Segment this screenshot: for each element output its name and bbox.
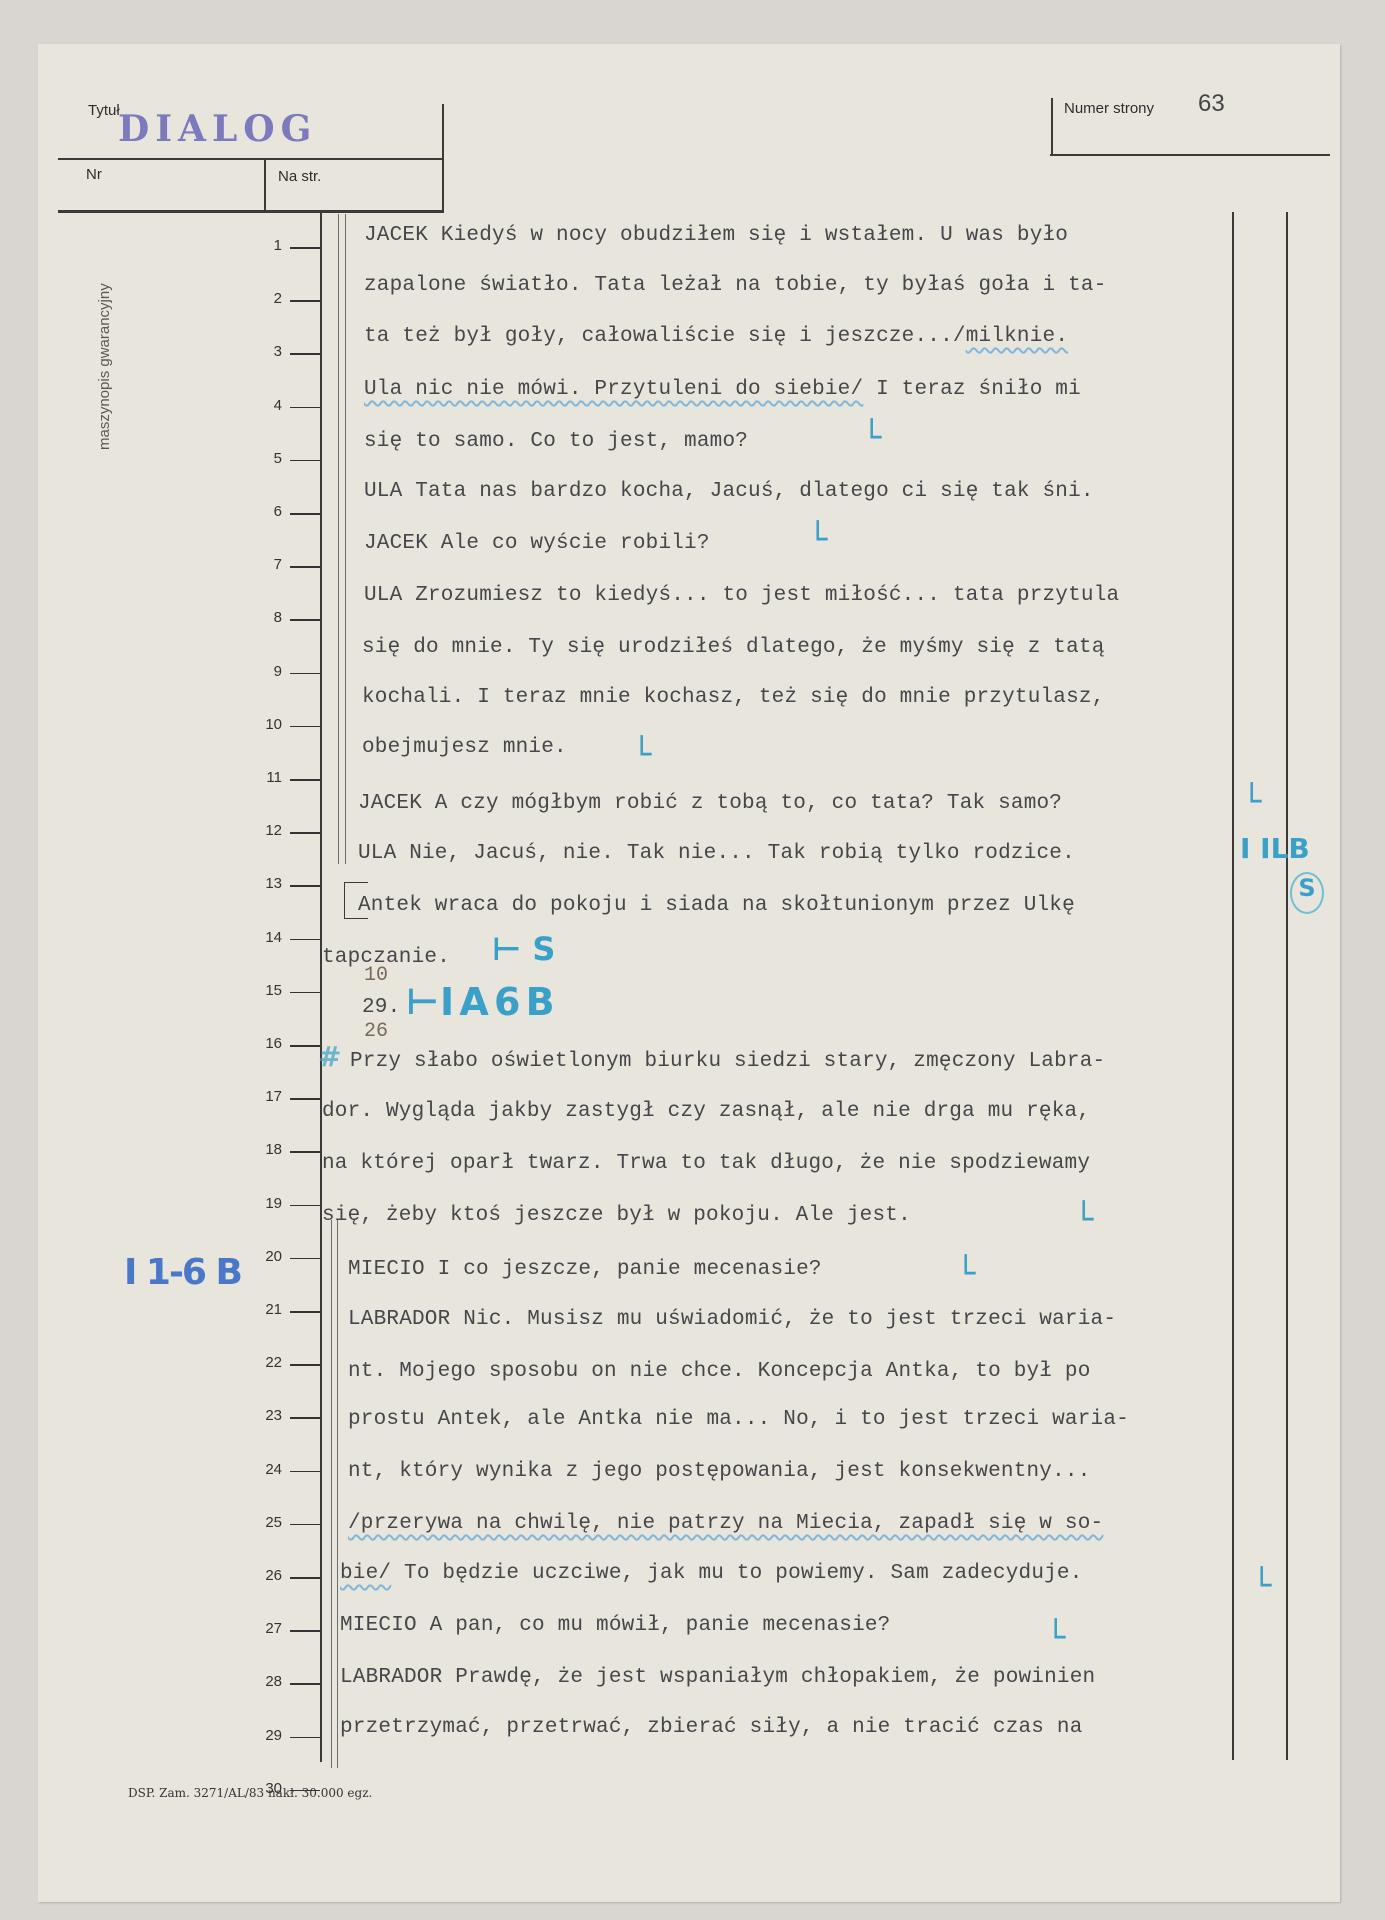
header-vrule-mid bbox=[264, 158, 266, 210]
line-number: 5 bbox=[242, 450, 282, 467]
typed-line: /przerywa na chwilę, nie patrzy na Mieci… bbox=[348, 1512, 1103, 1535]
ruler-tick bbox=[290, 353, 320, 355]
typed-line: MIECIO I co jeszcze, panie mecenasie? bbox=[348, 1258, 822, 1281]
ruler-tick bbox=[290, 1577, 320, 1579]
header-rule-left bbox=[58, 158, 444, 160]
ruler-tick bbox=[290, 1205, 320, 1207]
typed-line: na której oparł twarz. Trwa to tak długo… bbox=[322, 1152, 1090, 1175]
typed-line: MIECIO A pan, co mu mówił, panie mecenas… bbox=[340, 1614, 891, 1637]
typed-line: JACEK Ale co wyście robili? bbox=[364, 532, 710, 555]
line-number: 18 bbox=[242, 1141, 282, 1158]
side-label: maszynopis gwarancyjny bbox=[96, 283, 113, 450]
ruler-tick bbox=[290, 1098, 320, 1100]
ruler-tick bbox=[290, 1045, 320, 1047]
typed-line: bie/ To będzie uczciwe, jak mu to powiem… bbox=[340, 1562, 1083, 1585]
line-number: 16 bbox=[242, 1035, 282, 1052]
typed-line: obejmujesz mnie. bbox=[362, 736, 567, 759]
line-number: 27 bbox=[242, 1620, 282, 1637]
line-number: 22 bbox=[242, 1354, 282, 1371]
typed-line: ULA Zrozumiesz to kiedyś... to jest miło… bbox=[364, 584, 1119, 607]
ruler-tick bbox=[290, 673, 320, 675]
line-number: 8 bbox=[242, 609, 282, 626]
line-number: 29 bbox=[242, 1727, 282, 1744]
line-number: 2 bbox=[242, 290, 282, 307]
typed-line: się, żeby ktoś jeszcze był w pokoju. Ale… bbox=[322, 1204, 911, 1227]
right-margin-rule-b bbox=[1286, 212, 1288, 1760]
right-margin-rule-a bbox=[1232, 212, 1234, 1760]
line-number: 13 bbox=[242, 875, 282, 892]
line-number: 24 bbox=[242, 1461, 282, 1478]
line-number: 17 bbox=[242, 1088, 282, 1105]
title-label: Tytuł bbox=[88, 102, 120, 119]
ruler-tick bbox=[290, 247, 320, 249]
typed-line: nt, który wynika z jego postępowania, je… bbox=[348, 1460, 1091, 1483]
ruler-tick bbox=[290, 460, 320, 462]
line-number: 14 bbox=[242, 929, 282, 946]
bracket-antek-top bbox=[344, 882, 368, 883]
typed-line: Ula nic nie mówi. Przytuleni do siebie/ … bbox=[364, 378, 1081, 401]
page-number-label: Numer strony bbox=[1064, 100, 1154, 117]
typed-line: 29. bbox=[362, 996, 400, 1019]
check-mark-8: └ bbox=[1046, 1618, 1065, 1656]
ruler-tick bbox=[290, 726, 320, 728]
nr-label: Nr bbox=[86, 166, 102, 183]
line-number: 1 bbox=[242, 237, 282, 254]
title-stamp: DIALOG bbox=[118, 108, 317, 150]
typed-line: prostu Antek, ale Antka nie ma... No, i … bbox=[348, 1408, 1129, 1431]
typed-line: ULA Tata nas bardzo kocha, Jacuś, dlateg… bbox=[364, 480, 1094, 503]
circled-s: S bbox=[1290, 872, 1324, 914]
bracket-antek-v bbox=[344, 882, 345, 918]
ruler-tick bbox=[290, 1311, 320, 1313]
line-number: 7 bbox=[242, 556, 282, 573]
typed-line: LABRADOR Prawdę, że jest wspaniałym chło… bbox=[340, 1666, 1095, 1689]
ruler-tick bbox=[290, 1151, 320, 1153]
left-double-rule-d bbox=[337, 1220, 338, 1768]
ruler-tick bbox=[290, 1364, 320, 1366]
check-mark-5: └ bbox=[1074, 1200, 1093, 1238]
ruler-tick bbox=[290, 1737, 320, 1739]
typed-line: Przy słabo oświetlonym biurku siedzi sta… bbox=[350, 1050, 1105, 1073]
typed-line: LABRADOR Nic. Musisz mu uświadomić, że t… bbox=[348, 1308, 1116, 1331]
page-number-box-bottom bbox=[1050, 154, 1330, 156]
typed-line: dor. Wygląda jakby zastygł czy zasnął, a… bbox=[322, 1100, 1090, 1123]
na-str-label: Na str. bbox=[278, 168, 321, 185]
header-vrule-right bbox=[442, 104, 444, 210]
header-bottom-rule bbox=[58, 210, 444, 213]
ruler-tick bbox=[290, 619, 320, 621]
page-number-box-left bbox=[1051, 98, 1053, 154]
typed-line: ULA Nie, Jacuś, nie. Tak nie... Tak robi… bbox=[358, 842, 1075, 865]
line-number: 6 bbox=[242, 503, 282, 520]
ruler-tick bbox=[290, 1417, 320, 1419]
line-number: 10 bbox=[242, 716, 282, 733]
typed-line: ta też był goły, całowaliście się i jesz… bbox=[364, 325, 1068, 348]
check-mark-3: └ bbox=[632, 735, 651, 773]
scene-mark-prefix: ⊢ bbox=[406, 982, 439, 1023]
line-number: 20 bbox=[242, 1248, 282, 1265]
check-mark-4: └ bbox=[1242, 782, 1261, 820]
check-mark-1: └ bbox=[862, 418, 881, 456]
line-number: 4 bbox=[242, 397, 282, 414]
typed-line: Antek wraca do pokoju i siada na skołtun… bbox=[358, 894, 1075, 917]
check-mark-6: └ bbox=[956, 1254, 975, 1292]
scene-number-top: 10 bbox=[364, 964, 388, 987]
typed-line: przetrzymać, przetrwać, zbierać siły, a … bbox=[340, 1716, 1083, 1739]
line-number: 3 bbox=[242, 343, 282, 360]
ruler-tick bbox=[290, 779, 320, 781]
ruler-tick bbox=[290, 566, 320, 568]
ruler-tick bbox=[290, 1471, 320, 1473]
hash-mark: # bbox=[318, 1040, 341, 1073]
scene-number-bottom: 26 bbox=[364, 1020, 388, 1043]
typed-line: się to samo. Co to jest, mamo? bbox=[364, 430, 748, 453]
left-double-rule-c bbox=[331, 1220, 332, 1768]
typed-line: zapalone światło. Tata leżał na tobie, t… bbox=[364, 274, 1107, 297]
ruler-tick bbox=[290, 1683, 320, 1685]
s-mark: ⊢ S bbox=[492, 930, 555, 968]
line-number: 9 bbox=[242, 663, 282, 680]
line-number: 25 bbox=[242, 1514, 282, 1531]
line-number: 12 bbox=[242, 822, 282, 839]
ruler-tick bbox=[290, 1258, 320, 1260]
ruler-tick bbox=[290, 513, 320, 515]
ruler-tick bbox=[290, 407, 320, 409]
bracket-antek-bottom bbox=[344, 918, 368, 919]
typed-line: JACEK A czy mógłbym robić z tobą to, co … bbox=[358, 792, 1062, 815]
right-code: I ILB bbox=[1240, 832, 1310, 865]
line-number: 15 bbox=[242, 982, 282, 999]
typed-line: się do mnie. Ty się urodziłeś dlatego, ż… bbox=[362, 636, 1105, 659]
line-number: 28 bbox=[242, 1673, 282, 1690]
ruler-tick bbox=[290, 832, 320, 834]
ruler-tick bbox=[290, 885, 320, 887]
left-double-rule-a bbox=[338, 214, 339, 864]
margin-ruler bbox=[320, 212, 322, 1762]
ruler-tick bbox=[290, 1630, 320, 1632]
line-number: 19 bbox=[242, 1195, 282, 1212]
ruler-tick bbox=[290, 939, 320, 941]
margin-code: I 1-6 B bbox=[124, 1252, 241, 1293]
scene-mark: I A 6 B bbox=[440, 980, 551, 1024]
line-number: 11 bbox=[242, 769, 282, 786]
ruler-tick bbox=[290, 992, 320, 994]
print-footer: DSP. Zam. 3271/AL/83 nakł. 30.000 egz. bbox=[128, 1786, 372, 1800]
typed-line: nt. Mojego sposobu on nie chce. Koncepcj… bbox=[348, 1360, 1091, 1383]
check-mark-7: └ bbox=[1252, 1566, 1271, 1604]
left-double-rule-b bbox=[345, 214, 346, 864]
typed-line: JACEK Kiedyś w nocy obudziłem się i wsta… bbox=[364, 224, 1068, 247]
line-number: 26 bbox=[242, 1567, 282, 1584]
page-number: 63 bbox=[1198, 90, 1225, 118]
check-mark-2: └ bbox=[808, 520, 827, 558]
typed-line: kochali. I teraz mnie kochasz, też się d… bbox=[362, 686, 1105, 709]
line-number: 23 bbox=[242, 1407, 282, 1424]
ruler-tick bbox=[290, 1524, 320, 1526]
ruler-tick bbox=[290, 300, 320, 302]
line-number: 21 bbox=[242, 1301, 282, 1318]
